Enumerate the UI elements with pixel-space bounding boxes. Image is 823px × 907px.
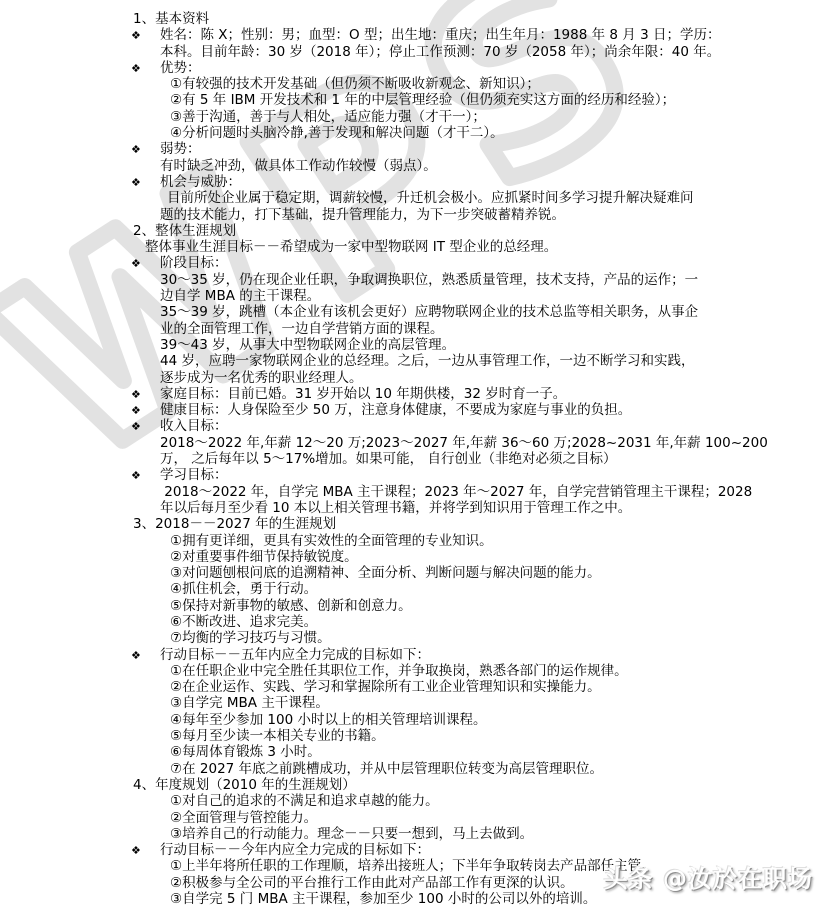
document-line: ①有较强的技术开发基础（但仍须不断吸收新观念、新知识）； bbox=[0, 76, 823, 92]
document-line: ②对重要事件细节保持敏锐度。 bbox=[0, 549, 823, 565]
document-line: ③培养自己的行动能力。理念－－只要一想到，马上去做到。 bbox=[0, 826, 823, 842]
line-text: ①拥有更详细，更具有实效性的全面管理的专业知识。 bbox=[170, 533, 493, 549]
document-line: 2018～2022 年,年薪 12～20 万;2023～2027 年,年薪 36… bbox=[0, 435, 823, 451]
document-line: 有时缺乏冲劲，做具体工作动作较慢（弱点）。 bbox=[0, 158, 823, 174]
document-line: 万， 之后每年以 5～17%增加。如果可能， 自行创业（非绝对必须之目标） bbox=[0, 451, 823, 467]
document-line: 目前所处企业属于稳定期，调薪较慢，升迁机会极小。应抓紧时间多学习提升解决疑难问 bbox=[0, 190, 823, 206]
line-text: ④每年至少参加 100 小时以上的相关管理培训课程。 bbox=[170, 712, 486, 728]
document-line: ❖弱势： bbox=[0, 141, 823, 157]
line-text: ⑤每月至少读一本相关专业的书籍。 bbox=[170, 728, 385, 744]
document-line: ②在企业运作、实践、学习和掌握除所有工业企业管理知识和实操能力。 bbox=[0, 679, 823, 695]
line-text: 1、基本资料 bbox=[133, 11, 209, 27]
line-text: 30～35 岁，仍在现企业任职，争取调换职位，熟悉质量管理，技术支持，产品的运作… bbox=[160, 272, 698, 288]
document-line: ①对自己的追求的不满足和追求卓越的能力。 bbox=[0, 793, 823, 809]
line-text: ⑥每周体育锻炼 3 小时。 bbox=[170, 744, 321, 760]
diamond-bullet-icon: ❖ bbox=[131, 843, 141, 858]
document-line: ❖家庭目标：目前已婚。31 岁开始以 10 年期供楼，32 岁时育一子。 bbox=[0, 386, 823, 402]
line-text: 学习目标： bbox=[160, 467, 228, 483]
document-line: ④分析问题时头脑冷静,善于发现和解决问题（才干二）。 bbox=[0, 125, 823, 141]
line-text: 优势： bbox=[160, 60, 201, 76]
document-line: 44 岁，应聘一家物联网企业的总经理。之后，一边从事管理工作，一边不断学习和实践… bbox=[0, 353, 823, 369]
line-text: ③对问题刨根问底的追溯精神、全面分析、判断问题与解决问题的能力。 bbox=[170, 565, 601, 581]
line-text: 本科。目前年龄：30 岁（2018 年）；停止工作预测：70 岁（2058 年）… bbox=[160, 44, 720, 60]
document-line: ②全面管理与管控能力。 bbox=[0, 810, 823, 826]
line-text: ②全面管理与管控能力。 bbox=[170, 810, 317, 826]
line-text: ④分析问题时头脑冷静,善于发现和解决问题（才干二）。 bbox=[170, 125, 504, 141]
document-body: 1、基本资料❖姓名：陈 X；性别：男；血型：O 型；出生地：重庆；出生年月：19… bbox=[0, 0, 823, 907]
line-text: 家庭目标：目前已婚。31 岁开始以 10 年期供楼，32 岁时育一子。 bbox=[160, 386, 566, 402]
line-text: ③自学完 5 门 MBA 主干课程，参加至少 100 小时的公司以外的培训。 bbox=[170, 891, 596, 907]
line-text: 有时缺乏冲劲，做具体工作动作较慢（弱点）。 bbox=[160, 158, 437, 174]
line-text: ③培养自己的行动能力。理念－－只要一想到，马上去做到。 bbox=[170, 826, 533, 842]
diamond-bullet-icon: ❖ bbox=[131, 468, 141, 483]
document-line: ❖学习目标： bbox=[0, 467, 823, 483]
document-line: ❖行动目标－－五年内应全力完成的目标如下： bbox=[0, 647, 823, 663]
document-line: 逐步成为一名优秀的职业经理人。 bbox=[0, 370, 823, 386]
document-line: ❖姓名：陈 X；性别：男；血型：O 型；出生地：重庆；出生年月：1988 年 8… bbox=[0, 27, 823, 43]
line-text: 2018～2022 年，自学完 MBA 主干课程；2023 年～2027 年，自… bbox=[160, 484, 752, 500]
document-line: ③善于沟通，善于与人相处，适应能力强（才干一）； bbox=[0, 109, 823, 125]
line-text: 行动目标－－五年内应全力完成的目标如下： bbox=[160, 647, 430, 663]
line-text: 逐步成为一名优秀的职业经理人。 bbox=[160, 370, 363, 386]
line-text: 姓名：陈 X；性别：男；血型：O 型；出生地：重庆；出生年月：1988 年 8 … bbox=[160, 27, 720, 43]
line-text: ①对自己的追求的不满足和追求卓越的能力。 bbox=[170, 793, 439, 809]
diamond-bullet-icon: ❖ bbox=[131, 419, 141, 434]
line-text: 39～43 岁，从事大中型物联网企业的高层管理。 bbox=[160, 337, 455, 353]
document-line: 3、2018－－2027 年的生涯规划 bbox=[0, 516, 823, 532]
line-text: 健康目标：人身保险至少 50 万，注意身体健康，不要成为家庭与事业的负担。 bbox=[160, 402, 631, 418]
document-line: 2018～2022 年，自学完 MBA 主干课程；2023 年～2027 年，自… bbox=[0, 484, 823, 500]
document-line: 整体事业生涯目标－－希望成为一家中型物联网 IT 型企业的总经理。 bbox=[0, 239, 823, 255]
line-text: ④抓住机会，勇于行动。 bbox=[170, 581, 317, 597]
document-line: ①拥有更详细，更具有实效性的全面管理的专业知识。 bbox=[0, 533, 823, 549]
document-line: ⑦均衡的学习技巧与习惯。 bbox=[0, 630, 823, 646]
document-line: 边自学 MBA 的主干课程。 bbox=[0, 288, 823, 304]
line-text: ②积极参与全公司的平台推行工作由此对产品部工作有更深的认识。 bbox=[170, 875, 574, 891]
document-line: ③自学完 MBA 主干课程。 bbox=[0, 695, 823, 711]
document-line: ④抓住机会，勇于行动。 bbox=[0, 581, 823, 597]
diamond-bullet-icon: ❖ bbox=[131, 142, 141, 157]
document-line: 39～43 岁，从事大中型物联网企业的高层管理。 bbox=[0, 337, 823, 353]
line-text: ③善于沟通，善于与人相处，适应能力强（才干一）； bbox=[170, 109, 486, 125]
document-line: ⑤保持对新事物的敏感、创新和创意力。 bbox=[0, 598, 823, 614]
document-line: ④每年至少参加 100 小时以上的相关管理培训课程。 bbox=[0, 712, 823, 728]
document-line: 本科。目前年龄：30 岁（2018 年）；停止工作预测：70 岁（2058 年）… bbox=[0, 44, 823, 60]
line-text: ⑥不断改进、追求完美。 bbox=[170, 614, 317, 630]
document-line: ❖阶段目标： bbox=[0, 255, 823, 271]
document-line: 2、整体生涯规划 bbox=[0, 223, 823, 239]
document-line: ❖机会与威胁： bbox=[0, 174, 823, 190]
document-line: ⑦在 2027 年底之前跳槽成功，并从中层管理职位转变为高层管理职位。 bbox=[0, 761, 823, 777]
document-line: 4、年度规划（2010 年的生涯规划） bbox=[0, 777, 823, 793]
line-text: ②对重要事件细节保持敏锐度。 bbox=[170, 549, 358, 565]
diamond-bullet-icon: ❖ bbox=[131, 28, 141, 43]
document-line: ②有 5 年 IBM 开发技术和 1 年的中层管理经验（但仍须充实这方面的经历和… bbox=[0, 92, 823, 108]
diamond-bullet-icon: ❖ bbox=[131, 61, 141, 76]
line-text: ⑦在 2027 年底之前跳槽成功，并从中层管理职位转变为高层管理职位。 bbox=[170, 761, 603, 777]
line-text: ①在任职企业中完全胜任其职位工作，并争取换岗，熟悉各部门的运作规律。 bbox=[170, 663, 628, 679]
diamond-bullet-icon: ❖ bbox=[131, 175, 141, 190]
document-line: ③对问题刨根问底的追溯精神、全面分析、判断问题与解决问题的能力。 bbox=[0, 565, 823, 581]
document-line: ⑥每周体育锻炼 3 小时。 bbox=[0, 744, 823, 760]
document-line: 30～35 岁，仍在现企业任职，争取调换职位，熟悉质量管理，技术支持，产品的运作… bbox=[0, 272, 823, 288]
line-text: ⑦均衡的学习技巧与习惯。 bbox=[170, 630, 331, 646]
line-text: 机会与威胁： bbox=[160, 174, 241, 190]
line-text: ②在企业运作、实践、学习和掌握除所有工业企业管理知识和实操能力。 bbox=[170, 679, 601, 695]
document-line: 题的技术能力，打下基础，提升管理能力，为下一步突破蓄精养锐。 bbox=[0, 207, 823, 223]
toutiao-watermark: 头条 @汝於在职场 bbox=[604, 859, 813, 894]
line-text: 弱势： bbox=[160, 141, 201, 157]
document-line: ⑥不断改进、追求完美。 bbox=[0, 614, 823, 630]
line-text: 3、2018－－2027 年的生涯规划 bbox=[133, 516, 336, 532]
line-text: 万， 之后每年以 5～17%增加。如果可能， 自行创业（非绝对必须之目标） bbox=[160, 451, 616, 467]
line-text: 整体事业生涯目标－－希望成为一家中型物联网 IT 型企业的总经理。 bbox=[145, 239, 557, 255]
line-text: ②有 5 年 IBM 开发技术和 1 年的中层管理经验（但仍须充实这方面的经历和… bbox=[170, 92, 675, 108]
line-text: ⑤保持对新事物的敏感、创新和创意力。 bbox=[170, 598, 412, 614]
line-text: 阶段目标： bbox=[160, 255, 228, 271]
line-text: 2、整体生涯规划 bbox=[133, 223, 236, 239]
line-text: ③自学完 MBA 主干课程。 bbox=[170, 695, 329, 711]
document-line: 1、基本资料 bbox=[0, 11, 823, 27]
line-text: 行动目标－－今年内应全力完成的目标如下： bbox=[160, 842, 430, 858]
diamond-bullet-icon: ❖ bbox=[131, 648, 141, 663]
line-text: 目前所处企业属于稳定期，调薪较慢，升迁机会极小。应抓紧时间多学习提升解决疑难问 bbox=[167, 190, 694, 206]
line-text: 年以后每月至少看 10 本以上相关管理书籍，并将学到知识用于管理工作之中。 bbox=[160, 500, 631, 516]
line-text: 题的技术能力，打下基础，提升管理能力，为下一步突破蓄精养锐。 bbox=[160, 207, 565, 223]
document-line: ❖行动目标－－今年内应全力完成的目标如下： bbox=[0, 842, 823, 858]
line-text: 35～39 岁，跳槽（本企业有该机会更好）应聘物联网企业的技术总监等相关职务，从… bbox=[160, 304, 698, 320]
document-line: ❖收入目标： bbox=[0, 418, 823, 434]
line-text: 业的全面管理工作，一边自学营销方面的课程。 bbox=[160, 321, 444, 337]
line-text: 44 岁，应聘一家物联网企业的总经理。之后，一边从事管理工作，一边不断学习和实践… bbox=[160, 353, 694, 369]
line-text: 2018～2022 年,年薪 12～20 万;2023～2027 年,年薪 36… bbox=[160, 435, 768, 451]
document-line: ❖健康目标：人身保险至少 50 万，注意身体健康，不要成为家庭与事业的负担。 bbox=[0, 402, 823, 418]
document-line: ①在任职企业中完全胜任其职位工作，并争取换岗，熟悉各部门的运作规律。 bbox=[0, 663, 823, 679]
document-line: ⑤每月至少读一本相关专业的书籍。 bbox=[0, 728, 823, 744]
document-line: 业的全面管理工作，一边自学营销方面的课程。 bbox=[0, 321, 823, 337]
diamond-bullet-icon: ❖ bbox=[131, 256, 141, 271]
line-text: ①上半年将所任职的工作理顺，培养出接班人；下半年争取转岗去产品部任主管。 bbox=[170, 858, 655, 874]
line-text: 4、年度规划（2010 年的生涯规划） bbox=[133, 777, 356, 793]
document-page: WPS 1、基本资料❖姓名：陈 X；性别：男；血型：O 型；出生地：重庆；出生年… bbox=[0, 0, 823, 907]
diamond-bullet-icon: ❖ bbox=[131, 403, 141, 418]
document-line: ❖优势： bbox=[0, 60, 823, 76]
line-text: 收入目标： bbox=[160, 418, 228, 434]
line-text: 边自学 MBA 的主干课程。 bbox=[160, 288, 320, 304]
line-text: ①有较强的技术开发基础（但仍须不断吸收新观念、新知识）； bbox=[170, 76, 540, 92]
document-line: 35～39 岁，跳槽（本企业有该机会更好）应聘物联网企业的技术总监等相关职务，从… bbox=[0, 304, 823, 320]
document-line: 年以后每月至少看 10 本以上相关管理书籍，并将学到知识用于管理工作之中。 bbox=[0, 500, 823, 516]
diamond-bullet-icon: ❖ bbox=[131, 387, 141, 402]
